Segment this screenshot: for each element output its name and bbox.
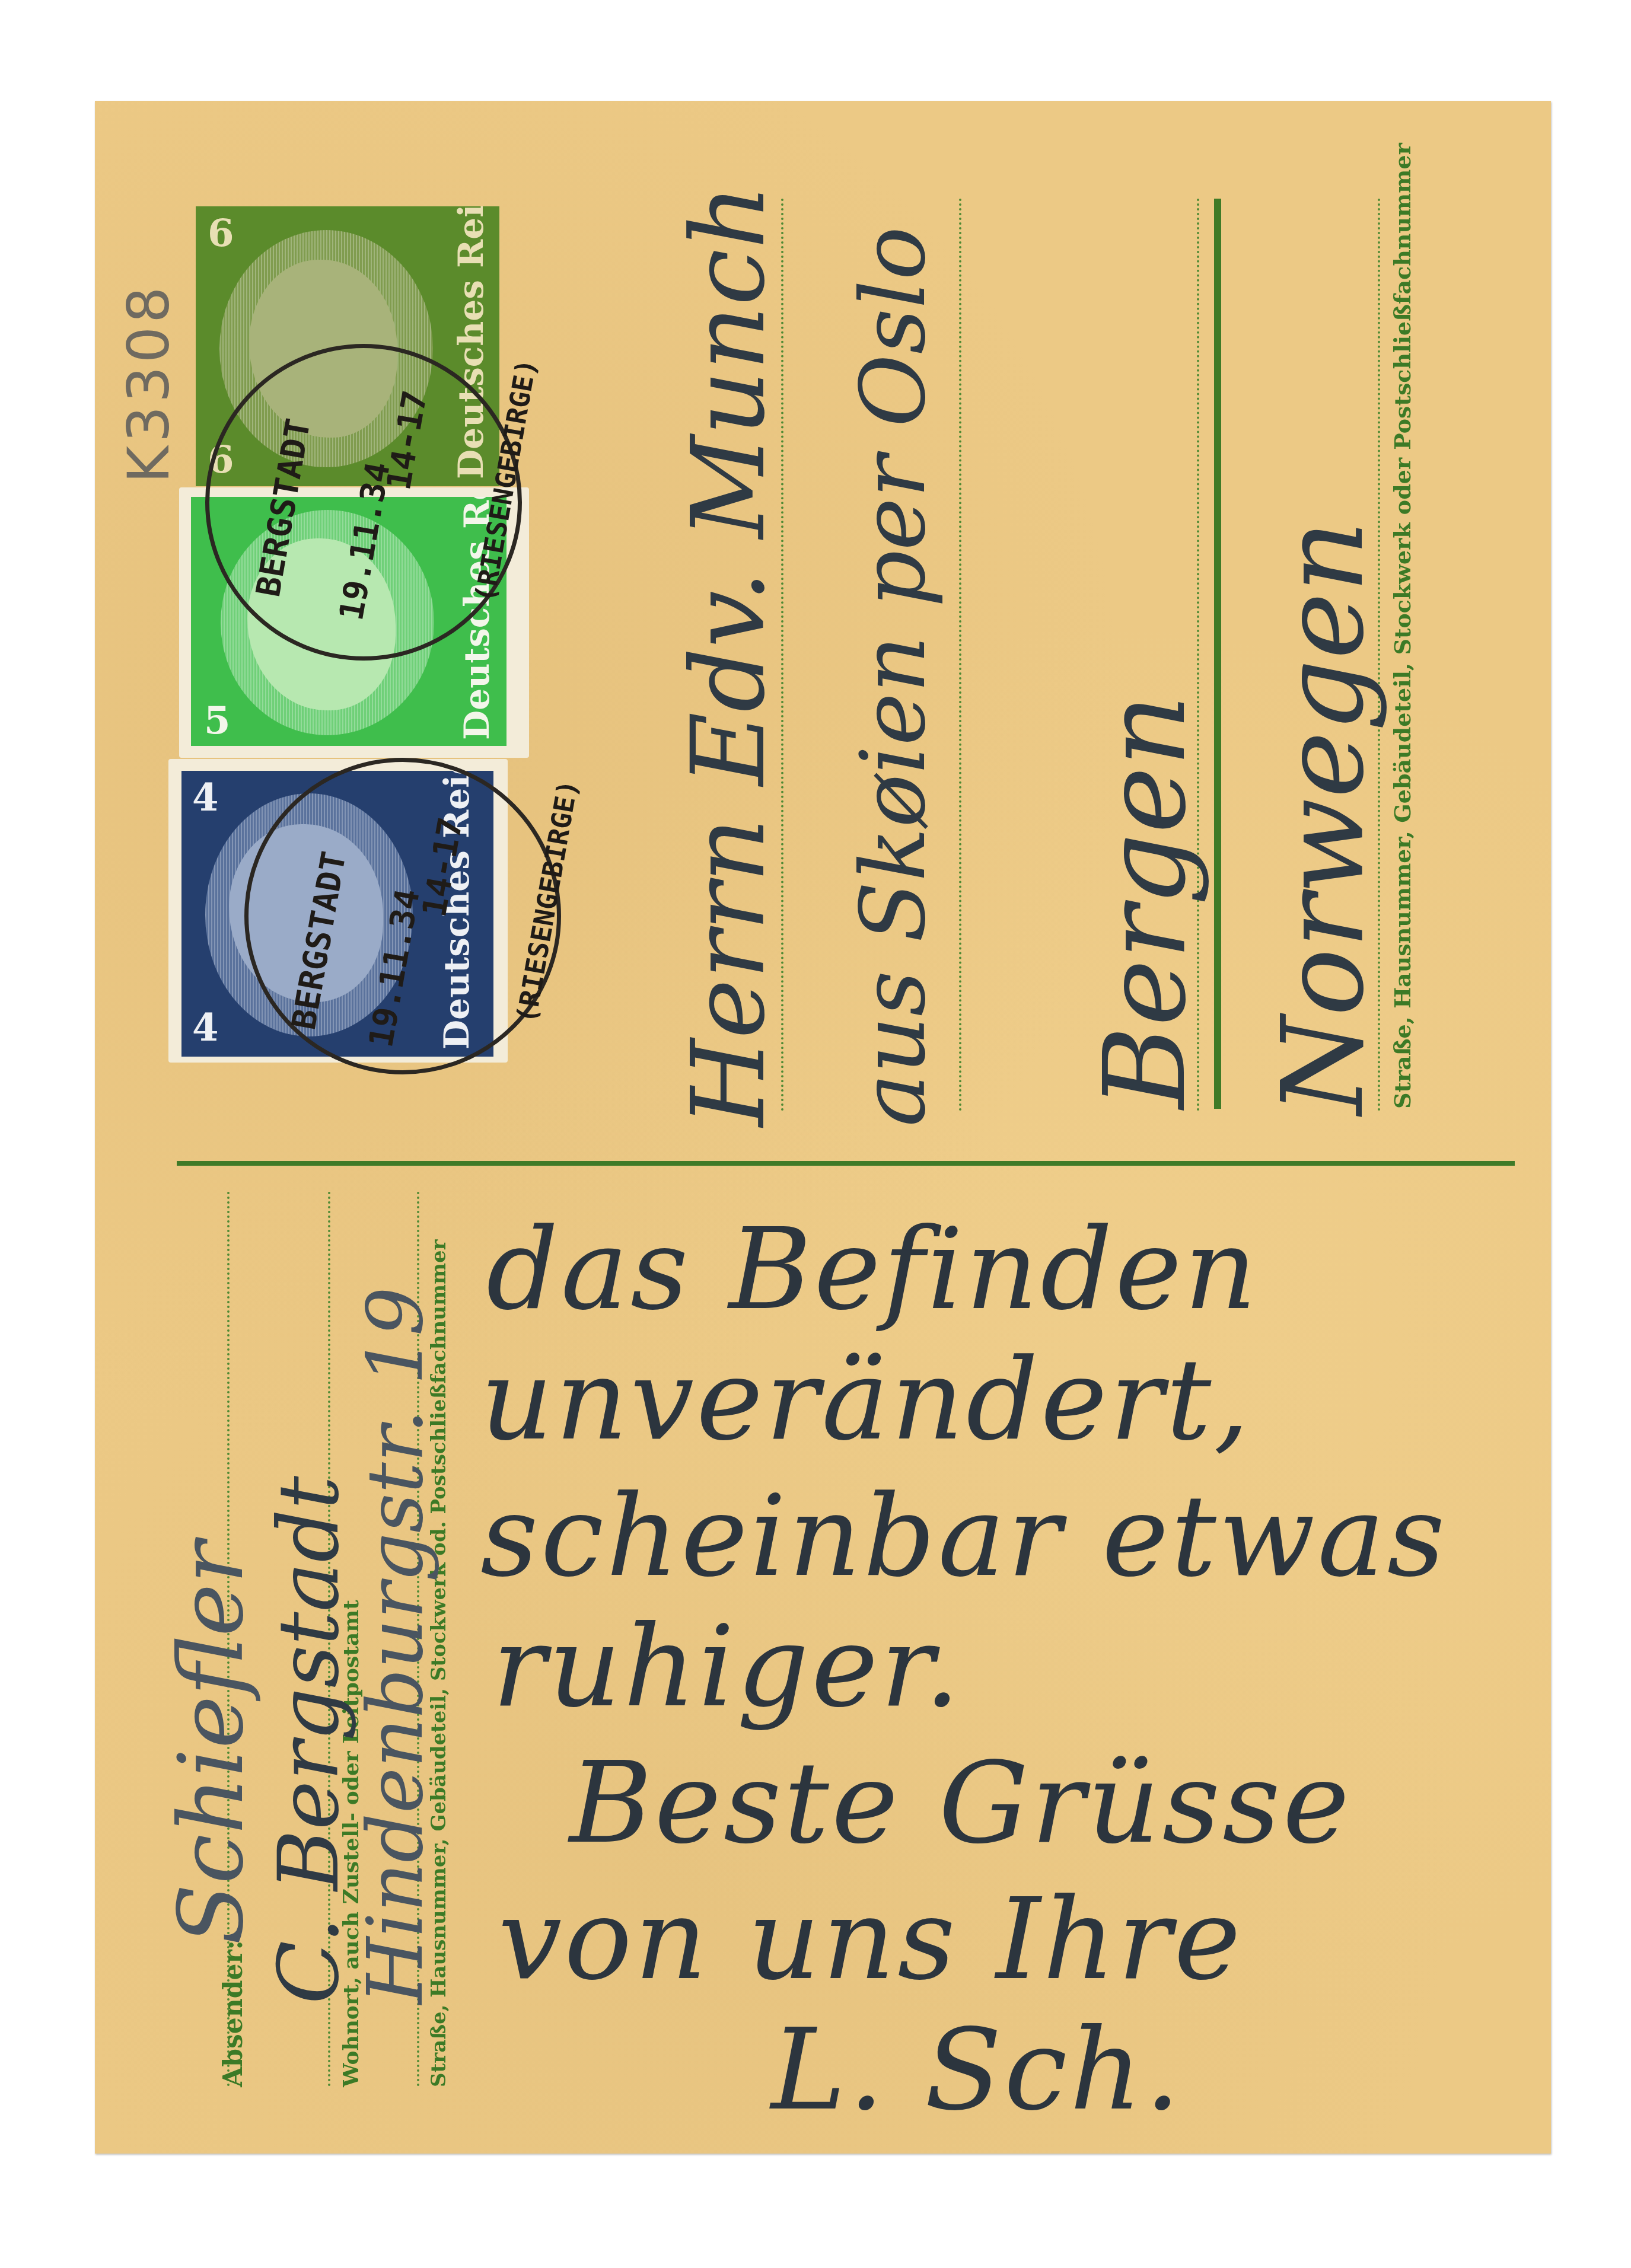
message-line: scheinbar etwas xyxy=(480,1470,1447,1602)
stamp-value: 6 xyxy=(208,211,234,256)
address-line-2: aus Skøien per Oslo xyxy=(842,227,945,1127)
card-divider xyxy=(177,1161,1515,1166)
message-line: ruhiger. xyxy=(492,1601,963,1732)
address-line-guide xyxy=(959,199,961,1112)
sender-label: Absender: xyxy=(218,1940,249,2087)
stamp-value: 4 xyxy=(192,1006,219,1050)
message-line: das Befinden xyxy=(486,1204,1259,1335)
stamp-value: 4 xyxy=(192,776,219,820)
address-recipient: Herrn Edv. Munch xyxy=(670,184,788,1127)
sender-name: Schiefler xyxy=(160,1541,263,1945)
message-line: unverändert, xyxy=(480,1334,1252,1465)
address-city-bar xyxy=(1214,199,1221,1109)
sender-town: C. Bergstadt xyxy=(261,1476,358,2004)
message-line: Beste Grüsse xyxy=(569,1737,1352,1868)
stamp-value: 5 xyxy=(204,698,231,743)
archive-reference-number: K3308 xyxy=(116,127,181,483)
address-street-label: Straße, Hausnummer, Gebäudeteil, Stockwe… xyxy=(1389,143,1416,1109)
address-country: Norwegen xyxy=(1257,520,1388,1115)
address-city: Bergen xyxy=(1079,694,1210,1109)
sender-street: Hindenburgstr. 19 xyxy=(350,1287,440,2004)
message-line: von uns Ihre xyxy=(498,1874,1243,2005)
message-signature: L. Sch. xyxy=(771,2004,1183,2135)
